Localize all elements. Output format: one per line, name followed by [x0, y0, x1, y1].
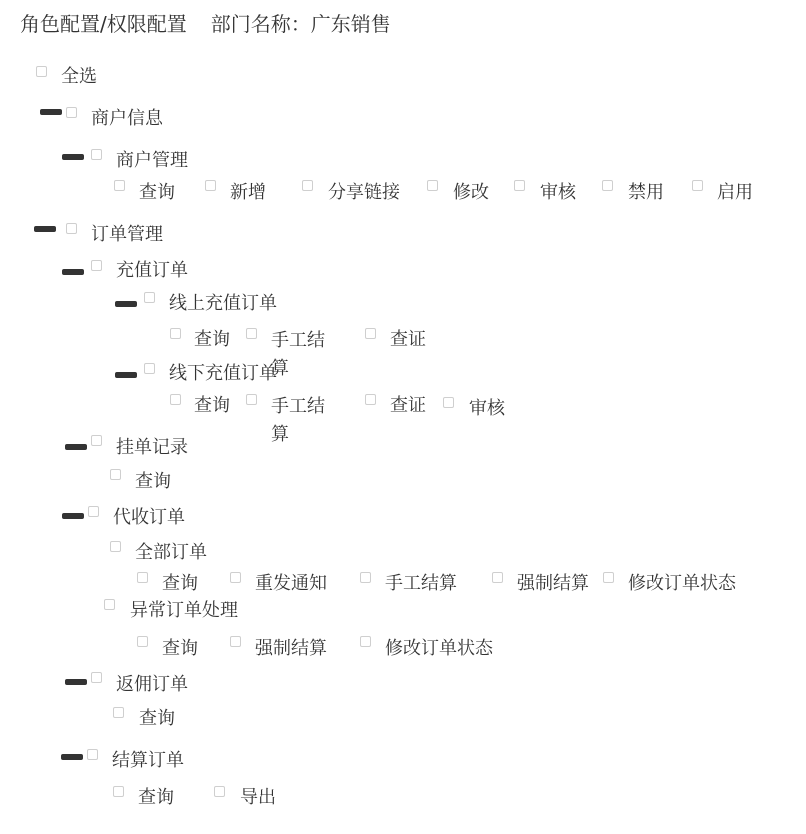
perm-checkbox[interactable]	[137, 636, 148, 647]
perm-label: 新增	[230, 182, 266, 204]
perm-label: 修改	[453, 182, 489, 204]
perm-checkbox[interactable]	[170, 394, 181, 405]
collection-label: 代收订单	[113, 507, 185, 529]
perm-label: 启用	[717, 182, 753, 204]
perm-checkbox[interactable]	[603, 572, 614, 583]
settlement-checkbox[interactable]	[87, 749, 98, 760]
perm-label: 查询	[162, 573, 198, 595]
settlement-label: 结算订单	[112, 750, 184, 772]
merchant-info-checkbox[interactable]	[66, 107, 77, 118]
perm-checkbox[interactable]	[110, 469, 121, 480]
perm-label: 修改订单状态	[628, 573, 736, 595]
breadcrumb: 角色配置/权限配置	[20, 12, 187, 36]
order-mgmt-checkbox[interactable]	[66, 223, 77, 234]
perm-checkbox[interactable]	[602, 180, 613, 191]
rebate-checkbox[interactable]	[91, 672, 102, 683]
perm-label: 强制结算	[255, 638, 327, 660]
perm-checkbox[interactable]	[137, 572, 148, 583]
perm-checkbox[interactable]	[205, 180, 216, 191]
perm-label: 修改订单状态	[385, 638, 493, 660]
perm-label: 查询	[139, 708, 175, 730]
perm-checkbox[interactable]	[443, 397, 454, 408]
collapse-toggle-icon[interactable]	[62, 513, 84, 519]
merchant-info-label: 商户信息	[91, 108, 163, 130]
perm-label: 强制结算	[517, 573, 589, 595]
collapse-toggle-icon[interactable]	[62, 269, 84, 275]
collapse-toggle-icon[interactable]	[34, 226, 56, 232]
perm-label: 查询	[138, 787, 174, 809]
perm-checkbox[interactable]	[214, 786, 225, 797]
perm-label: 禁用	[628, 182, 664, 204]
perm-checkbox[interactable]	[514, 180, 525, 191]
perm-label: 查询	[162, 638, 198, 660]
perm-checkbox[interactable]	[492, 572, 503, 583]
perm-checkbox[interactable]	[230, 636, 241, 647]
perm-checkbox[interactable]	[113, 707, 124, 718]
offline-recharge-label: 线下充值订单	[169, 363, 277, 385]
perm-label: 重发通知	[255, 573, 327, 595]
perm-label: 审核	[469, 398, 505, 420]
perm-checkbox[interactable]	[365, 328, 376, 339]
collapse-toggle-icon[interactable]	[65, 444, 87, 450]
perm-checkbox[interactable]	[246, 328, 257, 339]
perm-checkbox[interactable]	[302, 180, 313, 191]
perm-label: 手工结算	[271, 327, 333, 383]
department-value: 广东销售	[311, 12, 391, 36]
offline-recharge-checkbox[interactable]	[144, 363, 155, 374]
all-orders-label: 全部订单	[135, 542, 207, 564]
abnormal-orders-checkbox[interactable]	[104, 599, 115, 610]
select-all-label: 全选	[61, 66, 97, 88]
pending-label: 挂单记录	[116, 437, 188, 459]
online-recharge-checkbox[interactable]	[144, 292, 155, 303]
recharge-checkbox[interactable]	[91, 260, 102, 271]
department-label: 部门名称：	[211, 12, 311, 36]
perm-label: 查询	[135, 471, 171, 493]
recharge-label: 充值订单	[116, 260, 188, 282]
online-recharge-label: 线上充值订单	[169, 293, 277, 315]
perm-checkbox[interactable]	[246, 394, 257, 405]
collapse-toggle-icon[interactable]	[61, 754, 83, 760]
perm-checkbox[interactable]	[365, 394, 376, 405]
perm-checkbox[interactable]	[113, 786, 124, 797]
collapse-toggle-icon[interactable]	[115, 372, 137, 378]
collapse-toggle-icon[interactable]	[62, 154, 84, 160]
perm-checkbox[interactable]	[427, 180, 438, 191]
perm-checkbox[interactable]	[230, 572, 241, 583]
perm-label: 审核	[540, 182, 576, 204]
perm-label: 手工结算	[385, 573, 457, 595]
perm-checkbox[interactable]	[114, 180, 125, 191]
perm-checkbox[interactable]	[170, 328, 181, 339]
select-all-checkbox[interactable]	[36, 66, 47, 77]
collapse-toggle-icon[interactable]	[40, 109, 62, 115]
perm-checkbox[interactable]	[360, 572, 371, 583]
perm-checkbox[interactable]	[360, 636, 371, 647]
perm-checkbox[interactable]	[692, 180, 703, 191]
rebate-label: 返佣订单	[116, 674, 188, 696]
perm-label: 分享链接	[328, 182, 400, 204]
perm-label: 查证	[390, 329, 426, 351]
collection-checkbox[interactable]	[88, 506, 99, 517]
perm-label: 查证	[390, 395, 426, 417]
abnormal-orders-label: 异常订单处理	[130, 600, 238, 622]
perm-label: 查询	[139, 182, 175, 204]
perm-label: 手工结算	[271, 393, 333, 449]
page-header: 角色配置/权限配置部门名称：广东销售	[20, 8, 391, 37]
collapse-toggle-icon[interactable]	[65, 679, 87, 685]
merchant-mgmt-label: 商户管理	[116, 150, 188, 172]
merchant-mgmt-checkbox[interactable]	[91, 149, 102, 160]
collapse-toggle-icon[interactable]	[115, 301, 137, 307]
perm-label: 查询	[194, 395, 230, 417]
perm-label: 导出	[240, 787, 276, 809]
pending-checkbox[interactable]	[91, 435, 102, 446]
perm-label: 查询	[194, 329, 230, 351]
all-orders-checkbox[interactable]	[110, 541, 121, 552]
order-mgmt-label: 订单管理	[91, 224, 163, 246]
